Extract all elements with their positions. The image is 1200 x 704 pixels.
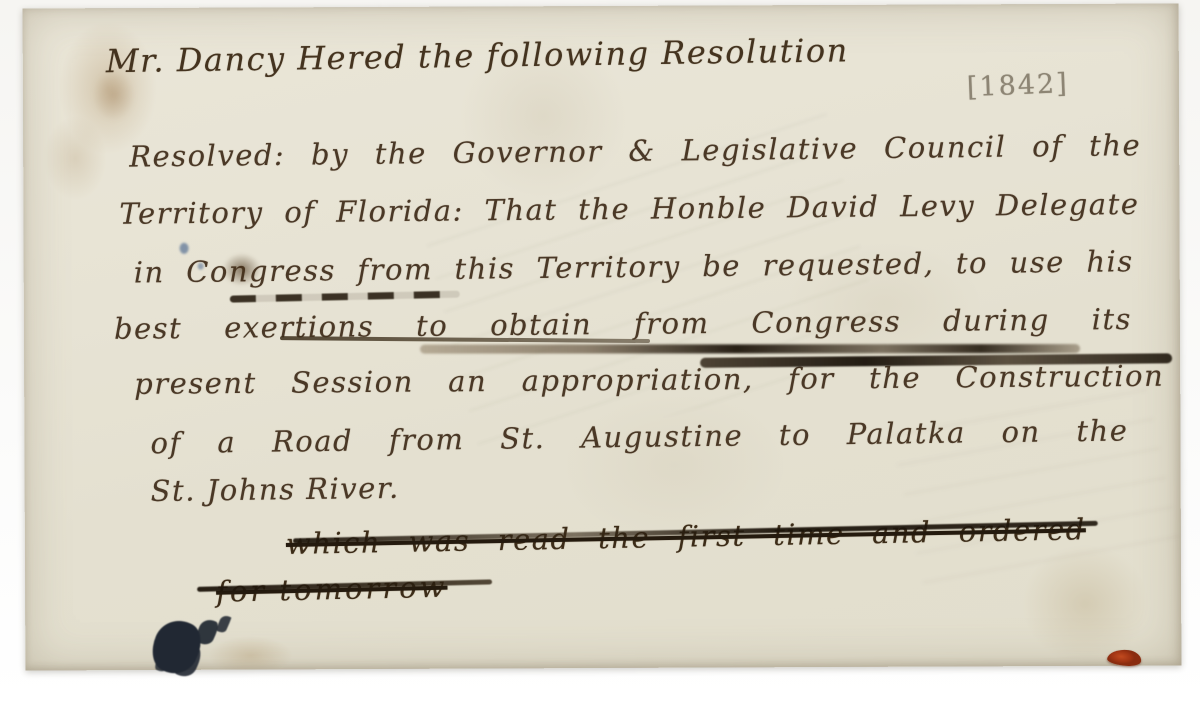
body-line: Territory of Florida: That the Honble Da… bbox=[119, 183, 1139, 235]
body-line: of a Road from St. Augustine to Palatka … bbox=[150, 409, 1128, 464]
manuscript-paper: Mr. Dancy Hered the following Resolution… bbox=[23, 3, 1182, 670]
body-line: Resolved: by the Governor & Legislative … bbox=[129, 124, 1141, 177]
scan-background: Mr. Dancy Hered the following Resolution… bbox=[0, 0, 1200, 704]
body-line: best exertions to obtain from Congress d… bbox=[114, 298, 1132, 350]
body-line: in Congress from this Territory be reque… bbox=[133, 240, 1133, 293]
body-line: St. Johns River. bbox=[150, 467, 400, 512]
wax-seal-mark bbox=[1107, 648, 1143, 668]
header-line: Mr. Dancy Hered the following Resolution bbox=[105, 27, 896, 85]
ink-smear bbox=[230, 291, 460, 303]
struck-line: for tomorrow bbox=[216, 566, 448, 613]
ink-blot bbox=[144, 613, 208, 681]
year-annotation: [1842] bbox=[966, 68, 1069, 103]
struck-line: which was read the first time and ordere… bbox=[286, 508, 1087, 565]
body-line: present Session an appropriation, for th… bbox=[134, 355, 1164, 405]
